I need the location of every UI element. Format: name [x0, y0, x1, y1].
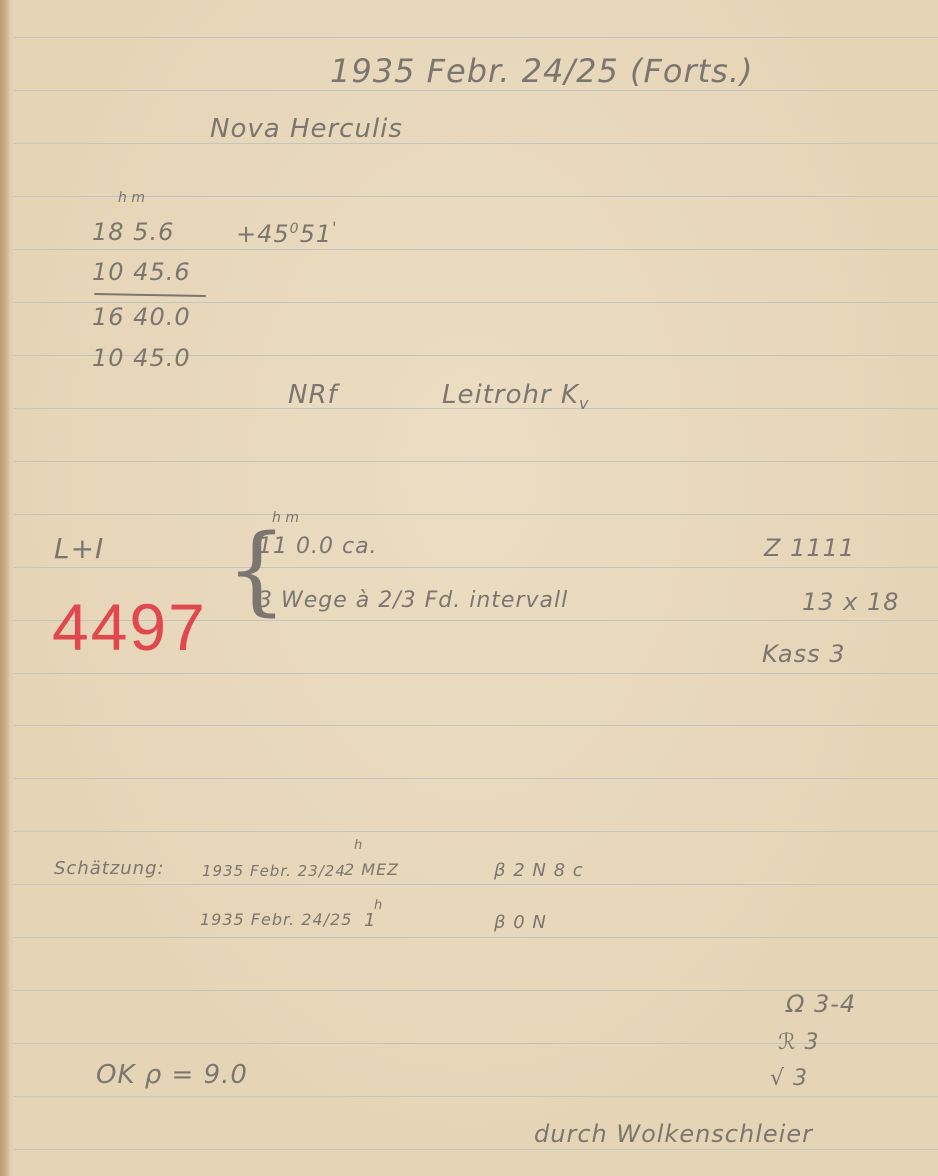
coord-dec: +45051' — [236, 218, 338, 248]
plate-series: Z 1111 — [764, 534, 855, 562]
estimate-2-time-unit: h — [374, 898, 382, 913]
estimate-2-time: 1 — [364, 910, 376, 931]
notebook-page: 1935 Febr. 24/25 (Forts.) Nova Herculis … — [0, 0, 938, 1176]
object-name: Nova Herculis — [210, 114, 403, 144]
coord-ra-4: 10 45.0 — [92, 344, 191, 372]
cassette: Kass 3 — [762, 640, 846, 668]
ruled-line — [14, 1096, 938, 1097]
ruled-line — [14, 461, 938, 462]
estimate-1-time: 2 MEZ — [344, 860, 399, 879]
instrument-code: NRf — [288, 380, 338, 410]
ruled-line — [14, 143, 938, 144]
ruled-line — [14, 37, 938, 38]
ruled-line — [14, 778, 938, 779]
ruled-line — [14, 249, 938, 250]
exposure-label: L+I — [54, 532, 104, 565]
estimate-2-date: 1935 Febr. 24/25 — [200, 910, 352, 929]
units-label: h m — [118, 190, 145, 206]
ok-check: OK ρ = 9.0 — [96, 1060, 248, 1090]
dec-degrees: +45 — [236, 220, 290, 248]
ruled-line — [14, 884, 938, 885]
rating-row-1: Ω 3-4 — [786, 990, 856, 1018]
dec-minutes: 51 — [300, 220, 333, 248]
estimate-1-date: 1935 Febr. 23/24 — [202, 862, 346, 880]
guide-telescope-label: Leitrohr K — [442, 380, 579, 410]
guide-telescope-sub: v — [579, 394, 589, 413]
ruled-line — [14, 1149, 938, 1150]
exposure-time: 11 0.0 ca. — [258, 534, 378, 559]
ruled-line — [14, 90, 938, 91]
ruled-line — [14, 831, 938, 832]
ruled-line — [14, 673, 938, 674]
ruled-line — [14, 567, 938, 568]
ruled-line — [14, 514, 938, 515]
rating-row-3: √ 3 — [770, 1066, 808, 1091]
footer-note: durch Wolkenschleier — [534, 1120, 813, 1148]
page-binding-edge — [0, 0, 10, 1176]
exposure-method: 3 Wege à 2/3 Fd. intervall — [258, 588, 568, 613]
estimate-2-value: β 0 N — [494, 912, 547, 933]
coord-ra-1: 18 5.6 — [92, 218, 174, 246]
dec-degree-mark: 0 — [290, 221, 300, 237]
estimate-label: Schätzung: — [54, 858, 165, 879]
page-header-date: 1935 Febr. 24/25 (Forts.) — [330, 52, 753, 90]
plate-number: 4497 — [52, 594, 207, 660]
estimate-1-value: β 2 N 8 c — [494, 860, 584, 881]
ruled-line — [14, 725, 938, 726]
estimate-1-time-unit: h — [354, 838, 362, 853]
guide-telescope: Leitrohr Kv — [442, 380, 589, 413]
dec-minute-mark: ' — [332, 218, 337, 237]
ruled-line — [14, 937, 938, 938]
exposure-time-units: h m — [272, 510, 299, 526]
coord-ra-2: 10 45.6 — [92, 258, 191, 286]
rating-row-2: ℛ 3 — [778, 1030, 820, 1055]
ruled-line — [14, 196, 938, 197]
coord-ra-3: 16 40.0 — [92, 303, 191, 331]
plate-size: 13 x 18 — [802, 588, 900, 616]
